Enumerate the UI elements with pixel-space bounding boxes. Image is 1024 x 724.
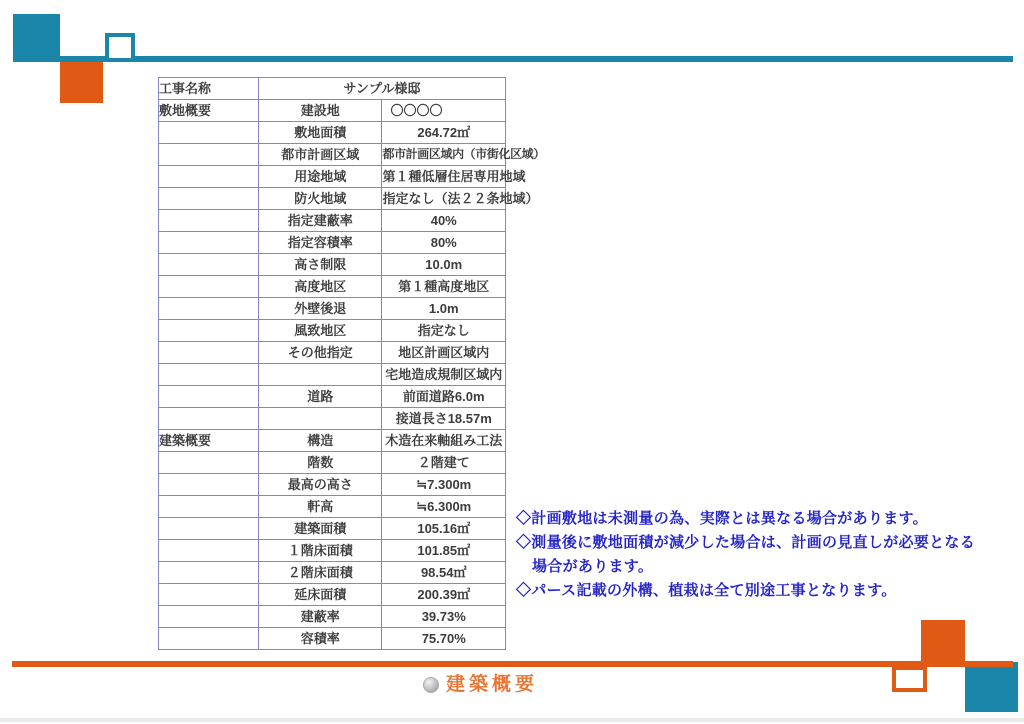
decor-orange-square-top-left (60, 62, 103, 103)
table-row: 階数２階建て (159, 452, 506, 474)
category-cell (159, 452, 259, 474)
decor-outlined-square-top-left (105, 33, 135, 62)
category-cell (159, 540, 259, 562)
table-row: １階床面積101.85㎡ (159, 540, 506, 562)
table-row: 風致地区指定なし (159, 320, 506, 342)
category-cell (159, 474, 259, 496)
table-row: 外壁後退1.0m (159, 298, 506, 320)
value-cell: ≒6.300m (382, 496, 506, 518)
item-label-cell: 防火地域 (258, 188, 382, 210)
category-cell (159, 628, 259, 650)
item-label-cell: 風致地区 (258, 320, 382, 342)
value-cell: 都市計画区域内（市街化区域） (382, 144, 506, 166)
value-cell: 10.0m (382, 254, 506, 276)
item-label-cell (258, 364, 382, 386)
note-line: ◇測量後に敷地面積が減少した場合は、計画の見直しが必要となる (516, 531, 975, 555)
table-row: ２階床面積98.54㎡ (159, 562, 506, 584)
table-row: 指定容積率80% (159, 232, 506, 254)
item-label-cell: ２階床面積 (258, 562, 382, 584)
value-cell: 第１種低層住居専用地域 (382, 166, 506, 188)
remarks-notes: ◇計画敷地は未測量の為、実際とは異なる場合があります。◇測量後に敷地面積が減少し… (516, 507, 975, 603)
decor-teal-square-bottom-right (965, 662, 1018, 712)
category-cell (159, 276, 259, 298)
item-label-cell: 道路 (258, 386, 382, 408)
category-cell (159, 518, 259, 540)
note-line: ◇パース記載の外構、植栽は全て別途工事となります。 (516, 579, 975, 603)
item-label-cell (258, 408, 382, 430)
decor-outlined-square-bottom-right (892, 666, 927, 692)
item-label-cell: 建設地 (258, 100, 382, 122)
value-cell: ２階建て (382, 452, 506, 474)
value-cell: 98.54㎡ (382, 562, 506, 584)
table-row: 延床面積200.39㎡ (159, 584, 506, 606)
category-cell: 工事名称 (159, 78, 259, 100)
value-cell: 接道長さ18.57m (382, 408, 506, 430)
category-cell (159, 188, 259, 210)
item-label-cell: 構造 (258, 430, 382, 452)
value-cell: 264.72㎡ (382, 122, 506, 144)
value-cell: 105.16㎡ (382, 518, 506, 540)
value-cell: 宅地造成規制区域内 (382, 364, 506, 386)
table-row: 建築面積105.16㎡ (159, 518, 506, 540)
table-row: 最高の高さ≒7.300m (159, 474, 506, 496)
table-row: 建蔽率39.73% (159, 606, 506, 628)
page-title: 建築概要 (446, 675, 538, 694)
value-cell: サンプル様邸 (258, 78, 505, 100)
item-label-cell: １階床面積 (258, 540, 382, 562)
sphere-bullet-icon (423, 677, 439, 693)
value-cell: 75.70% (382, 628, 506, 650)
decor-teal-square-top-left (13, 14, 60, 57)
category-cell (159, 408, 259, 430)
table-row: 敷地概要建設地〇〇〇〇 (159, 100, 506, 122)
table-row: 工事名称サンプル様邸 (159, 78, 506, 100)
value-cell: 39.73% (382, 606, 506, 628)
item-label-cell: 外壁後退 (258, 298, 382, 320)
item-label-cell: 容積率 (258, 628, 382, 650)
value-cell: 第１種高度地区 (382, 276, 506, 298)
category-cell (159, 606, 259, 628)
item-label-cell: 階数 (258, 452, 382, 474)
decor-top-horizontal-rule (13, 56, 1013, 62)
item-label-cell: 都市計画区域 (258, 144, 382, 166)
note-line: 場合があります。 (516, 555, 975, 579)
category-cell (159, 210, 259, 232)
item-label-cell: 指定容積率 (258, 232, 382, 254)
value-cell: 200.39㎡ (382, 584, 506, 606)
value-cell: 指定なし（法２２条地域） (382, 188, 506, 210)
value-cell: 木造在来軸組み工法 (382, 430, 506, 452)
table-row: 軒高≒6.300m (159, 496, 506, 518)
table-row: 建築概要構造木造在来軸組み工法 (159, 430, 506, 452)
note-line: ◇計画敷地は未測量の為、実際とは異なる場合があります。 (516, 507, 975, 531)
table-row: 容積率75.70% (159, 628, 506, 650)
item-label-cell: 建築面積 (258, 518, 382, 540)
table-row: 指定建蔽率40% (159, 210, 506, 232)
category-cell (159, 144, 259, 166)
item-label-cell: 高さ制限 (258, 254, 382, 276)
value-cell: 地区計画区域内 (382, 342, 506, 364)
table-row: その他指定地区計画区域内 (159, 342, 506, 364)
value-cell: 指定なし (382, 320, 506, 342)
item-label-cell: 延床面積 (258, 584, 382, 606)
item-label-cell: その他指定 (258, 342, 382, 364)
category-cell (159, 496, 259, 518)
category-cell (159, 122, 259, 144)
value-cell: 1.0m (382, 298, 506, 320)
item-label-cell: 指定建蔽率 (258, 210, 382, 232)
value-cell: 前面道路6.0m (382, 386, 506, 408)
item-label-cell: 建蔽率 (258, 606, 382, 628)
table-row: 道路前面道路6.0m (159, 386, 506, 408)
building-overview-table: 工事名称サンプル様邸敷地概要建設地〇〇〇〇敷地面積264.72㎡都市計画区域都市… (158, 77, 506, 650)
table-row: 高さ制限10.0m (159, 254, 506, 276)
category-cell (159, 298, 259, 320)
category-cell (159, 342, 259, 364)
item-label-cell: 最高の高さ (258, 474, 382, 496)
category-cell (159, 364, 259, 386)
category-cell (159, 232, 259, 254)
table-row: 宅地造成規制区域内 (159, 364, 506, 386)
decor-bottom-horizontal-rule (12, 661, 1013, 667)
value-cell: 101.85㎡ (382, 540, 506, 562)
value-cell: 〇〇〇〇 (382, 100, 506, 122)
footer-caption: 建築概要 (423, 675, 538, 694)
table-row: 防火地域指定なし（法２２条地域） (159, 188, 506, 210)
value-cell: ≒7.300m (382, 474, 506, 496)
category-cell: 敷地概要 (159, 100, 259, 122)
item-label-cell: 用途地域 (258, 166, 382, 188)
item-label-cell: 軒高 (258, 496, 382, 518)
decor-bottom-edge-strip (0, 718, 1024, 722)
table-row: 敷地面積264.72㎡ (159, 122, 506, 144)
category-cell (159, 254, 259, 276)
category-cell (159, 386, 259, 408)
item-label-cell: 高度地区 (258, 276, 382, 298)
category-cell (159, 166, 259, 188)
table-row: 都市計画区域都市計画区域内（市街化区域） (159, 144, 506, 166)
category-cell: 建築概要 (159, 430, 259, 452)
table-row: 用途地域第１種低層住居専用地域 (159, 166, 506, 188)
value-cell: 40% (382, 210, 506, 232)
table-row: 接道長さ18.57m (159, 408, 506, 430)
category-cell (159, 562, 259, 584)
category-cell (159, 584, 259, 606)
table-row: 高度地区第１種高度地区 (159, 276, 506, 298)
category-cell (159, 320, 259, 342)
decor-orange-square-bottom-right (921, 620, 965, 662)
building-overview-page: 工事名称サンプル様邸敷地概要建設地〇〇〇〇敷地面積264.72㎡都市計画区域都市… (0, 0, 1024, 724)
value-cell: 80% (382, 232, 506, 254)
item-label-cell: 敷地面積 (258, 122, 382, 144)
